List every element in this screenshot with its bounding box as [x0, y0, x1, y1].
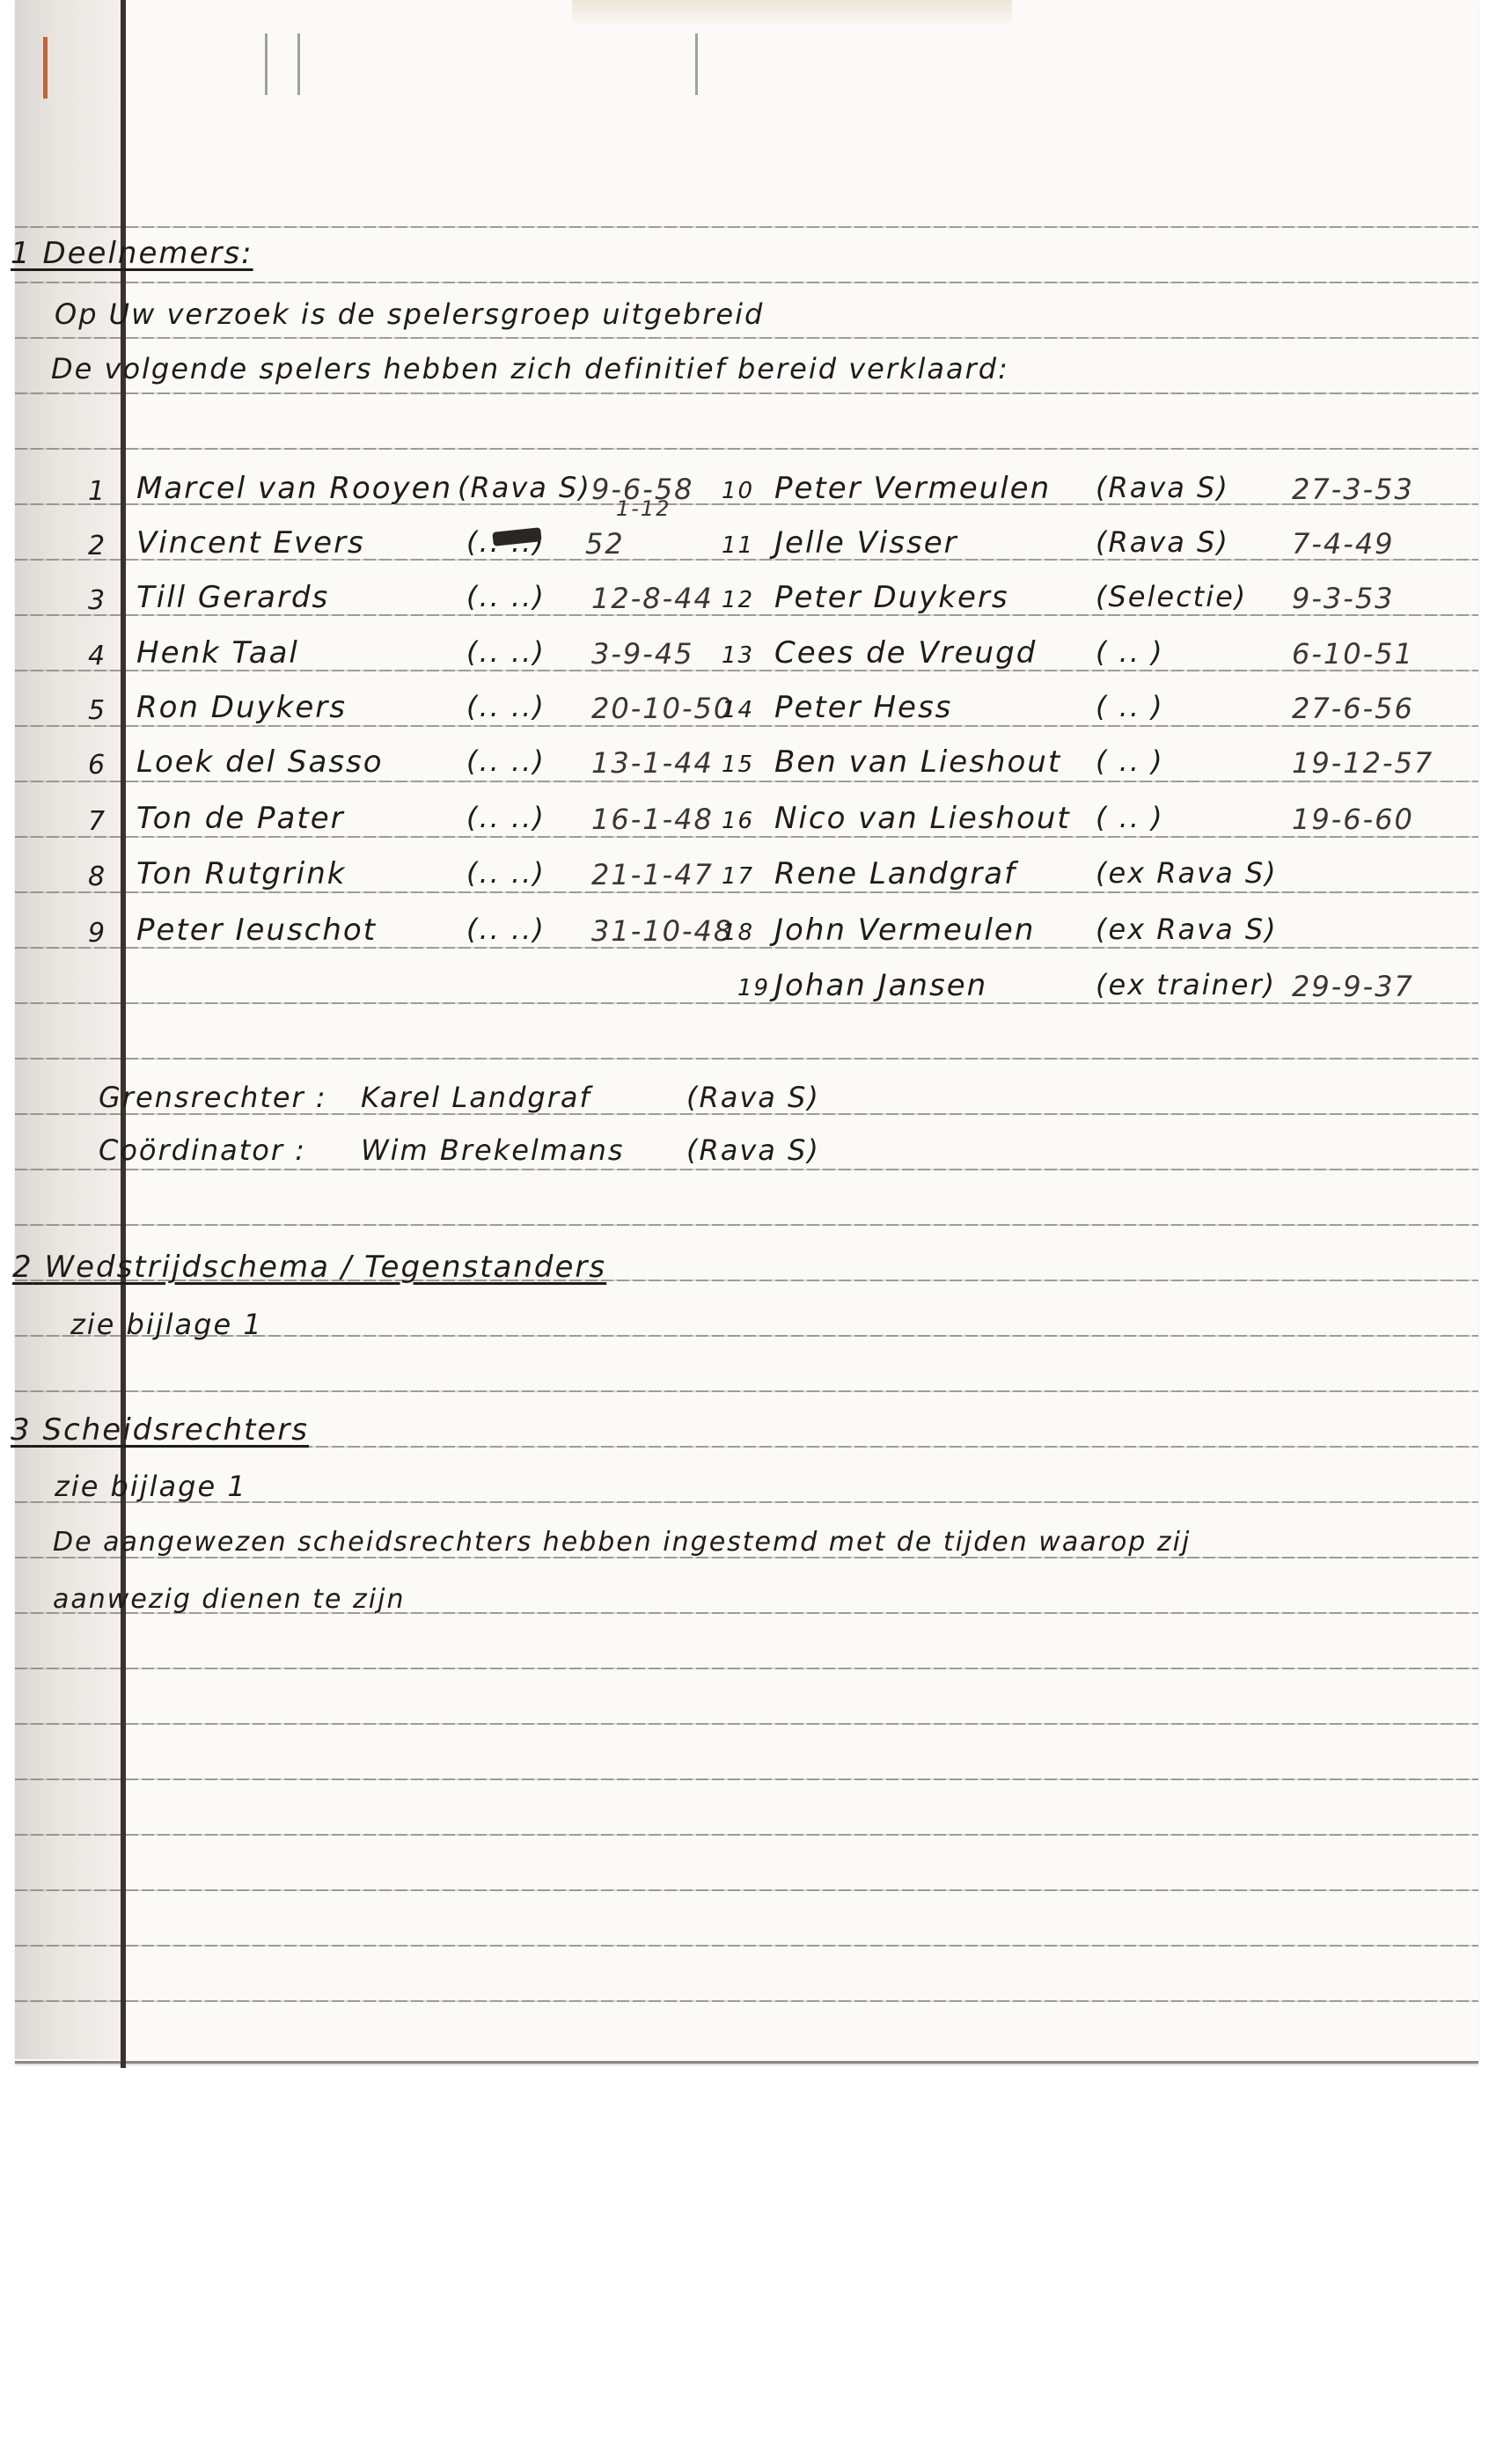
- staff-role-label: Grensrechter: [99, 1081, 305, 1114]
- ruled-line: [15, 1723, 1478, 1725]
- ruled-line: [15, 1834, 1478, 1836]
- section-3-line-2: De aangewezen scheidsrechters hebben ing…: [53, 1527, 1191, 1558]
- punch-mark: [297, 33, 300, 95]
- player-club: (.. ..): [466, 690, 546, 723]
- player-number: 14: [722, 697, 754, 723]
- player-name: Ton Rutgrink: [136, 856, 346, 891]
- player-number: 9: [88, 918, 106, 949]
- ruled-line: [15, 781, 1478, 782]
- player-number: 1: [88, 476, 106, 507]
- player-number: 13: [722, 642, 754, 669]
- ruled-line: [15, 836, 1478, 838]
- player-birthdate: 13-1-44: [591, 746, 714, 780]
- player-name: Vincent Evers: [136, 525, 365, 561]
- player-club: ( .. ): [1096, 635, 1164, 669]
- ruled-line: [15, 1169, 1478, 1170]
- staff-role-label: Coördinator: [99, 1133, 284, 1167]
- player-birthdate: 6-10-51: [1292, 637, 1414, 671]
- player-birthdate: 52: [585, 527, 625, 561]
- player-birthdate: 27-6-56: [1292, 692, 1414, 725]
- section-1-heading: 1 Deelnemers:: [11, 236, 253, 271]
- player-birthdate: 20-10-50: [591, 692, 733, 725]
- section-number: 2: [12, 1250, 33, 1285]
- player-name: Peter Ieuschot: [136, 913, 377, 948]
- ruled-line: [15, 1778, 1478, 1780]
- ruled-line: [15, 1945, 1478, 1947]
- ruled-line: [15, 891, 1478, 893]
- player-name: Nico van Lieshout: [774, 801, 1071, 836]
- player-number: 5: [88, 695, 106, 726]
- ruled-line: [15, 1668, 1478, 1669]
- punch-mark: [265, 33, 268, 95]
- staff-role: Coördinator :: [99, 1133, 306, 1167]
- player-birthdate: 29-9-37: [1292, 970, 1414, 1003]
- player-number: 16: [722, 808, 754, 834]
- section-2-heading: 2 Wedstrijdschema / Tegenstanders: [12, 1250, 606, 1285]
- staff-club: (Rava S): [686, 1081, 820, 1114]
- player-birthdate: 31-10-48: [591, 914, 733, 948]
- player-number: 3: [88, 585, 106, 616]
- player-club: (.. ..): [466, 580, 546, 613]
- player-birthdate: 9-3-53: [1292, 582, 1395, 615]
- player-birthdate: 16-1-48: [591, 803, 714, 836]
- ruled-line: [15, 337, 1478, 339]
- player-number: 7: [88, 806, 106, 837]
- red-ink-mark: [43, 37, 48, 99]
- player-name: Peter Vermeulen: [774, 471, 1051, 506]
- player-name: Cees de Vreugd: [774, 635, 1037, 671]
- ruled-line: [15, 1889, 1478, 1891]
- section-title: Deelnemers:: [42, 236, 253, 271]
- player-number: 17: [722, 863, 754, 890]
- player-name: John Vermeulen: [774, 913, 1035, 948]
- ruled-line: [15, 1390, 1478, 1392]
- player-number: 18: [722, 920, 754, 946]
- player-name: Jelle Visser: [774, 525, 958, 561]
- player-number: 2: [88, 531, 106, 561]
- player-number: 12: [722, 587, 754, 613]
- player-club: (.. ..): [466, 744, 546, 778]
- player-club: (ex trainer): [1096, 968, 1276, 1001]
- ruled-line: [15, 1058, 1478, 1060]
- player-club: (.. ..): [466, 635, 546, 669]
- player-name: Rene Landgraf: [774, 856, 1016, 891]
- section-number: 1: [11, 236, 32, 271]
- ruled-line: [15, 226, 1478, 228]
- paper-stain: [572, 0, 1012, 26]
- ruled-line: [15, 2000, 1478, 2002]
- player-number: 15: [722, 752, 754, 778]
- player-club: (.. ..): [466, 801, 546, 834]
- section-3-line-1: zie bijlage 1: [55, 1470, 247, 1503]
- player-name: Loek del Sasso: [136, 744, 384, 780]
- section-2-line-1: zie bijlage 1: [70, 1308, 263, 1341]
- player-name: Henk Taal: [136, 635, 299, 671]
- ruled-line: [15, 392, 1478, 394]
- player-name: Ton de Pater: [136, 801, 345, 836]
- ruled-line: [15, 1002, 1478, 1004]
- player-name: Peter Hess: [774, 690, 952, 725]
- date-correction: 1-12: [616, 496, 671, 521]
- section-number: 3: [11, 1412, 32, 1448]
- player-birthdate: 12-8-44: [591, 582, 714, 615]
- player-club: (.. ..): [466, 856, 546, 890]
- player-birthdate: 27-3-53: [1292, 473, 1414, 506]
- player-club: (ex Rava S): [1096, 913, 1278, 946]
- player-number: 10: [722, 478, 754, 504]
- player-number: 11: [722, 532, 754, 559]
- player-number: 19: [737, 975, 770, 1001]
- player-birthdate: 7-4-49: [1292, 527, 1395, 561]
- ruled-line: [15, 725, 1478, 727]
- player-name: Till Gerards: [136, 580, 329, 615]
- player-number: 8: [88, 862, 106, 892]
- section-3-line-3: aanwezig dienen te zijn: [53, 1584, 405, 1615]
- staff-role: Grensrechter :: [99, 1081, 327, 1114]
- player-club: ( .. ): [1096, 690, 1164, 723]
- punch-mark: [695, 33, 698, 95]
- player-name: Peter Duykers: [774, 580, 1009, 615]
- player-club: (Rava S): [1096, 525, 1229, 559]
- player-birthdate: 19-12-57: [1292, 746, 1434, 780]
- intro-line-2: De volgende spelers hebben zich definiti…: [51, 352, 1009, 385]
- ruled-line: [15, 448, 1478, 450]
- player-club: (ex Rava S): [1096, 856, 1278, 890]
- section-title: Scheidsrechters: [42, 1412, 309, 1448]
- section-title: Wedstrijdschema / Tegenstanders: [44, 1250, 606, 1285]
- player-birthdate: 3-9-45: [591, 637, 694, 671]
- ruled-line: [15, 1224, 1478, 1226]
- player-club: (Rava S): [458, 471, 591, 504]
- player-club: (Rava S): [1096, 471, 1229, 504]
- section-3-heading: 3 Scheidsrechters: [11, 1412, 309, 1448]
- player-name: Ron Duykers: [136, 690, 347, 725]
- player-club: (.. ..): [466, 913, 546, 946]
- player-number: 4: [88, 641, 106, 671]
- staff-name: Wim Brekelmans: [361, 1133, 625, 1167]
- player-name: Marcel van Rooyen: [136, 471, 452, 506]
- player-name: Johan Jansen: [774, 968, 987, 1003]
- ruled-line: [15, 282, 1478, 283]
- staff-club: (Rava S): [686, 1133, 820, 1167]
- player-name: Ben van Lieshout: [774, 744, 1061, 780]
- player-birthdate: 21-1-47: [591, 858, 714, 891]
- player-club: (Selectie): [1096, 580, 1247, 613]
- player-club: ( .. ): [1096, 801, 1164, 834]
- intro-line-1: Op Uw verzoek is de spelersgroep uitgebr…: [55, 297, 764, 331]
- player-number: 6: [88, 750, 106, 781]
- player-club: ( .. ): [1096, 744, 1164, 778]
- player-birthdate: 19-6-60: [1292, 803, 1414, 836]
- staff-name: Karel Landgraf: [361, 1081, 591, 1114]
